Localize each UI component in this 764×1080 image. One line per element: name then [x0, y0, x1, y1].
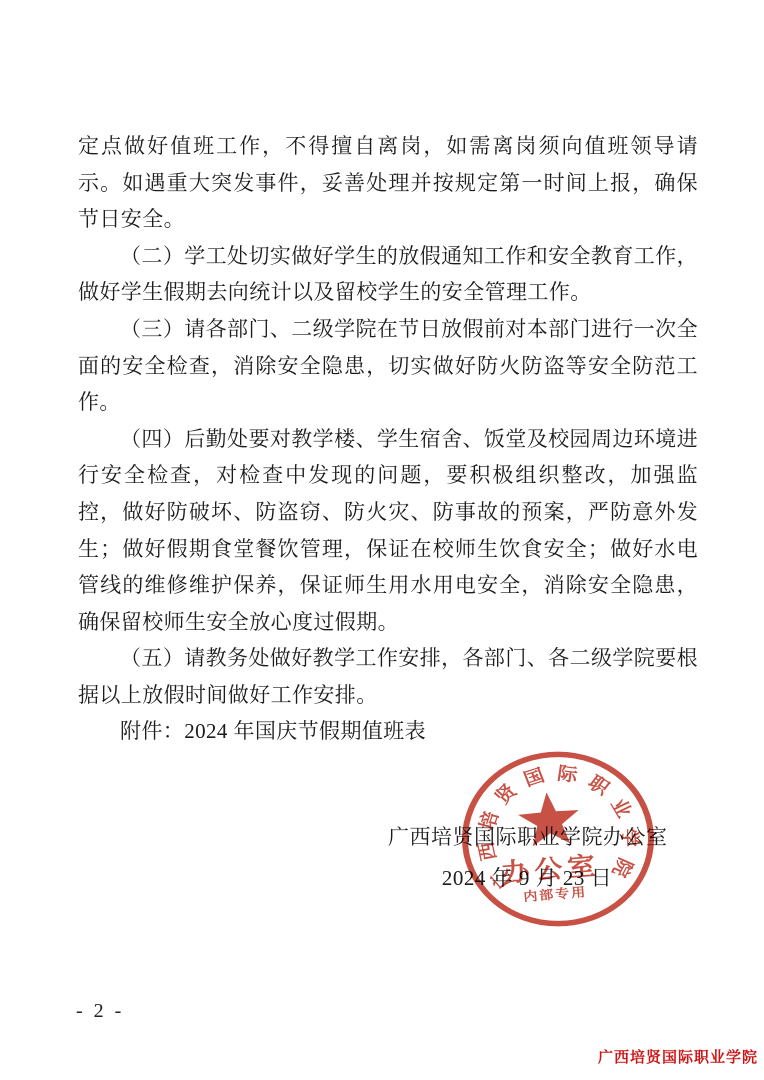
body-paragraph: （二）学工处切实做好学生的放假通知工作和安全教育工作，做好学生假期去向统计以及留…: [78, 238, 698, 311]
page-number: - 2 -: [76, 1000, 124, 1023]
attachment-line: 附件：2024 年国庆节假期值班表: [78, 713, 698, 750]
body-paragraph: （四）后勤处要对教学楼、学生宿舍、饭堂及校园周边环境进行安全检查，对检查中发现的…: [78, 421, 698, 641]
signature-block: 广西培贤国际职业学院办公室 2024 年 9 月 23 日: [388, 822, 666, 893]
footer-watermark: 广西培贤国际职业学院: [598, 1046, 758, 1067]
body-paragraph: （三）请各部门、二级学院在节日放假前对本部门进行一次全面的安全检查，消除安全隐患…: [78, 311, 698, 421]
body-paragraph: 定点做好值班工作，不得擅自离岗，如需离岗须向值班领导请示。如遇重大突发事件，妥善…: [78, 128, 698, 238]
signature-org: 广西培贤国际职业学院办公室: [388, 822, 666, 852]
seal-arc-char: 业: [606, 795, 636, 821]
document-page: 定点做好值班工作，不得擅自离岗，如需离岗须向值班领导请示。如遇重大突发事件，妥善…: [0, 0, 764, 1080]
seal-arc-char: 职: [584, 772, 614, 800]
seal-arc-char: 际: [556, 763, 580, 786]
seal-arc-char: 贤: [490, 779, 522, 808]
seal-arc-char: 国: [521, 765, 548, 791]
body-paragraph: （五）请教务处做好教学工作安排，各部门、各二级学院要根据以上放假时间做好工作安排…: [78, 640, 698, 713]
document-body: 定点做好值班工作，不得擅自离岗，如需离岗须向值班领导请示。如遇重大突发事件，妥善…: [78, 128, 698, 714]
signature-date: 2024 年 9 月 23 日: [388, 863, 666, 893]
